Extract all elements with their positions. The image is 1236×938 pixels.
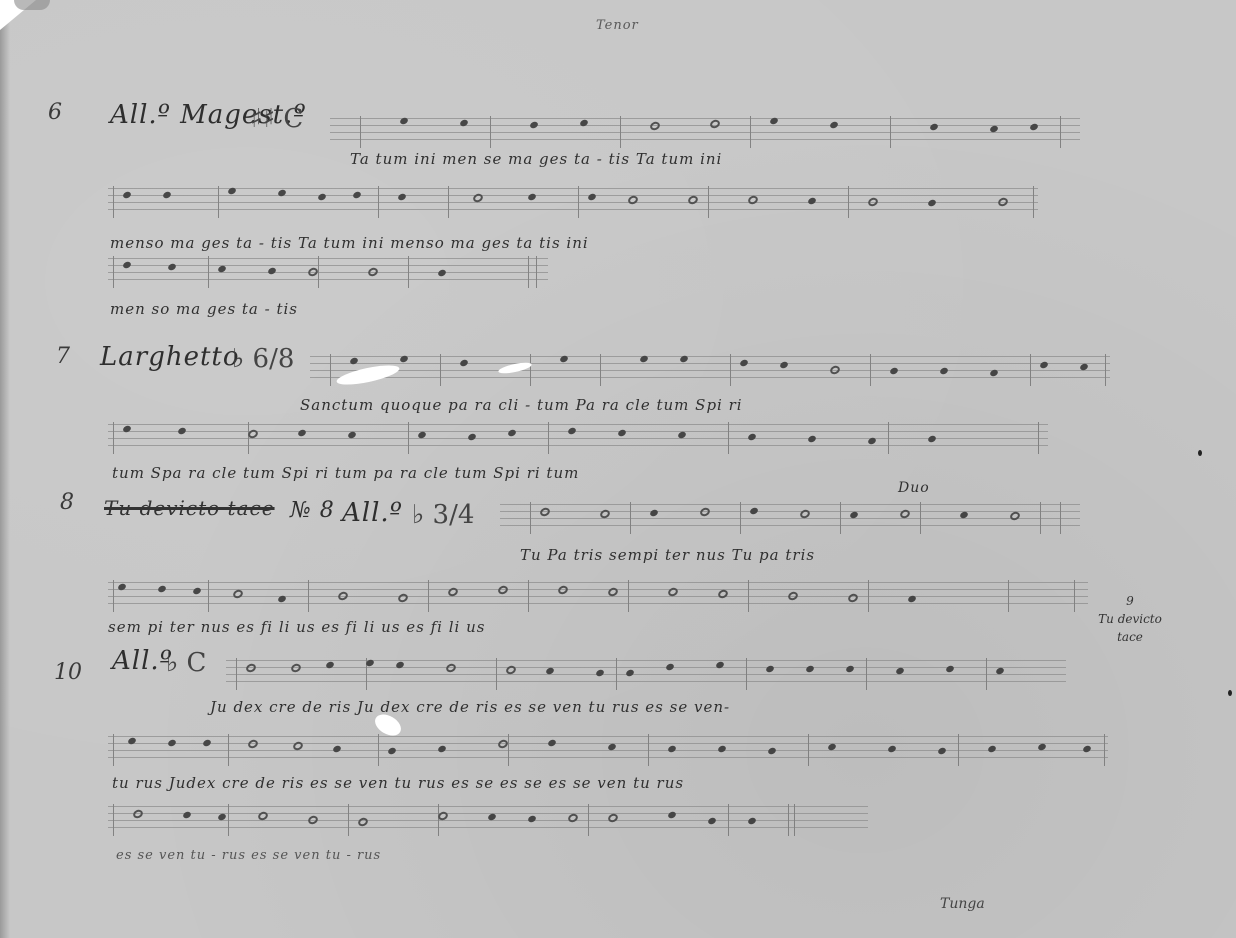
music-staff (330, 118, 1080, 146)
section-number: 6 (48, 100, 62, 125)
page-edge-shadow (0, 0, 10, 938)
section-number: 7 (56, 344, 70, 369)
margin-note-line: tace (1090, 628, 1170, 646)
tempo-prefix: № 8 (290, 498, 335, 523)
margin-note-line: Tu devicto (1090, 610, 1170, 628)
part-title: Tenor (596, 18, 639, 33)
music-staff (500, 504, 1080, 532)
lyric-line: Sanctum quoque pa ra cli - tum Pa ra cle… (300, 396, 743, 414)
music-staff (108, 188, 1038, 216)
music-staff (108, 582, 1088, 610)
struck-tempo-marking: Tu devicto tace (104, 496, 275, 520)
lyric-line: Ju dex cre de ris Ju dex cre de ris es s… (210, 698, 730, 716)
music-staff (226, 660, 1066, 688)
corner-fold (14, 0, 50, 10)
music-staff (108, 258, 548, 286)
tempo-marking: Larghetto (100, 342, 240, 372)
music-staff (310, 356, 1110, 384)
lyric-line: sem pi ter nus es fi li us es fi li us e… (108, 618, 485, 636)
tempo-marking: All.º (342, 498, 403, 528)
key-signature: ♭ 3/4 (412, 500, 474, 530)
page-turn-note: Tunga (940, 896, 985, 912)
section-number: 10 (54, 660, 82, 685)
manuscript-page: Tenor 6 All.º Magest.º ♯♯ C Ta tum ini m… (0, 0, 1236, 938)
ink-spot (1198, 450, 1202, 456)
lyric-line: tum Spa ra cle tum Spi ri tum pa ra cle … (112, 464, 579, 482)
ink-spot (1228, 690, 1232, 696)
lyric-line: Tu Pa tris sempi ter nus Tu pa tris (520, 546, 815, 564)
lyric-line: Ta tum ini men se ma ges ta - tis Ta tum… (350, 150, 722, 168)
key-signature: ♭ 6/8 (232, 344, 294, 374)
music-staff (108, 424, 1048, 452)
key-signature: ♯♯ C (250, 104, 303, 134)
tempo-marking: All.º (112, 646, 173, 676)
lyric-line: es se ven tu - rus es se ven tu - rus (116, 848, 381, 863)
lyric-line: men so ma ges ta - tis (110, 300, 298, 318)
music-staff (108, 736, 1108, 764)
music-staff (108, 806, 868, 834)
lyric-line: menso ma ges ta - tis Ta tum ini menso m… (110, 234, 589, 252)
voice-marking: Duo (898, 480, 930, 496)
section-number: 8 (60, 490, 74, 515)
key-signature: ♭ C (166, 648, 206, 678)
margin-note-number: 9 (1090, 592, 1170, 610)
lyric-line: tu rus Judex cre de ris es se ven tu rus… (112, 774, 684, 792)
margin-note: 9 Tu devicto tace (1090, 592, 1170, 646)
